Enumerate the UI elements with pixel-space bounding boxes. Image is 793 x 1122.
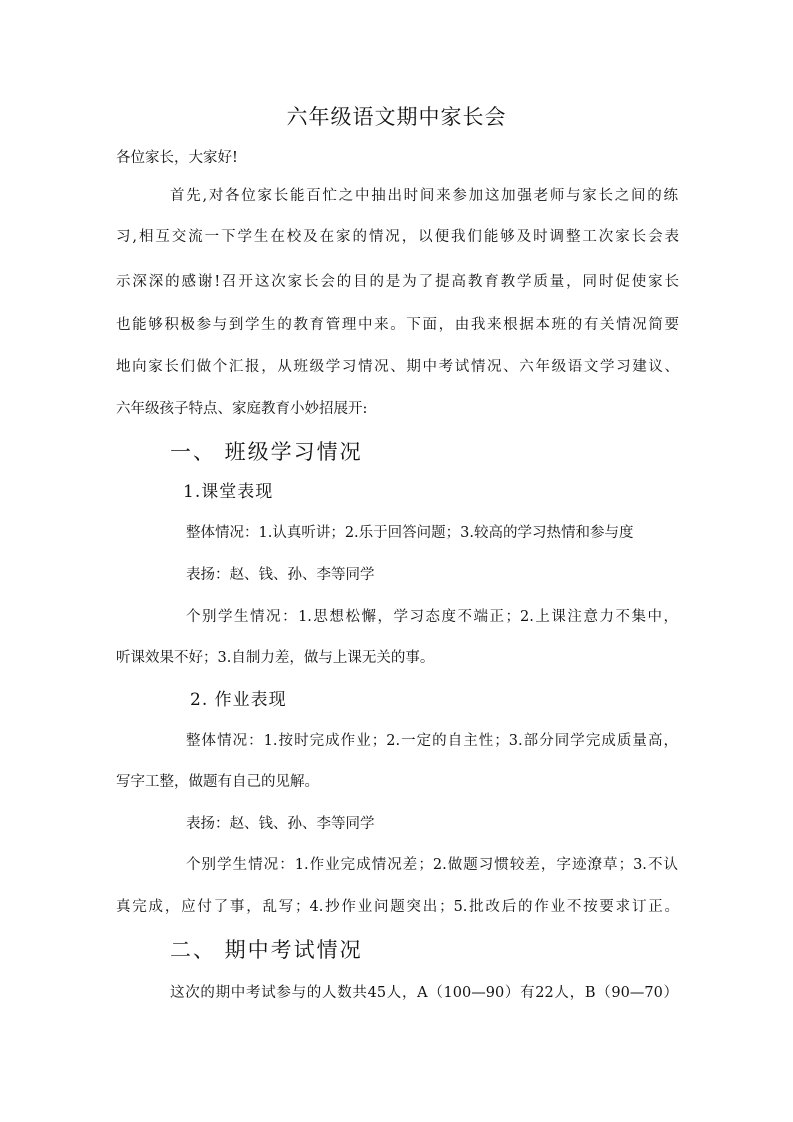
homework-overall-line: 整体情况：1.按时完成作业；2.一定的自主性；3.部分同学完成质量高，	[186, 731, 678, 751]
classroom-overall: 整体情况：1.认真听讲；2.乐于回答问题；3.较高的学习热情和参与度	[186, 523, 634, 543]
classroom-individual-line: 个别学生情况：1.思想松懈，学习态度不端正；2.上课注意力不集中，	[186, 607, 678, 627]
section-heading-midterm-exam: 二、 期中考试情况	[170, 937, 363, 963]
intro-line: 示深深的感谢!召开这次家长会的目的是为了提高教育教学质量，同时促使家长	[116, 272, 679, 292]
homework-individual-line: 真完成，应付了事，乱写；4.抄作业问题突出；5.批改后的作业不按要求订正。	[116, 897, 679, 917]
homework-praise: 表扬：赵、钱、孙、李等同学	[186, 814, 375, 834]
homework-individual-line: 个别学生情况：1.作业完成情况差；2.做题习惯较差，字迹潦草；3.不认	[186, 855, 678, 875]
classroom-praise: 表扬：赵、钱、孙、李等同学	[186, 565, 375, 585]
intro-line: 习,相互交流一下学生在校及在家的情况，以便我们能够及时调整工次家长会表	[116, 227, 679, 247]
intro-line: 地向家长们做个汇报，从班级学习情况、期中考试情况、六年级语文学习建议、	[116, 357, 679, 377]
document-title: 六年级语文期中家长会	[0, 104, 793, 130]
classroom-individual-line: 听课效果不好；3.自制力差，做与上课无关的事。	[116, 648, 434, 668]
section-heading-class-study: 一、 班级学习情况	[170, 439, 363, 465]
greeting: 各位家长，大家好!	[116, 148, 238, 168]
homework-overall-line: 写字工整，做题有自己的见解。	[116, 772, 319, 792]
subheading-homework-performance: 2. 作业表现	[190, 689, 287, 711]
intro-line: 六年级孩子特点、家庭教育小妙招展开:	[116, 399, 367, 419]
midterm-exam-line: 这次的期中考试参与的人数共45人，A（100—90）有22人，B（90—70）	[170, 983, 678, 1003]
intro-line: 首先,对各位家长能百忙之中抽出时间来参加这加强老师与家长之间的练	[170, 186, 678, 206]
intro-line: 也能够积极参与到学生的教育管理中来。下面，由我来根据本班的有关情况简要	[116, 315, 679, 335]
subheading-classroom-performance: 1.课堂表现	[183, 481, 273, 503]
